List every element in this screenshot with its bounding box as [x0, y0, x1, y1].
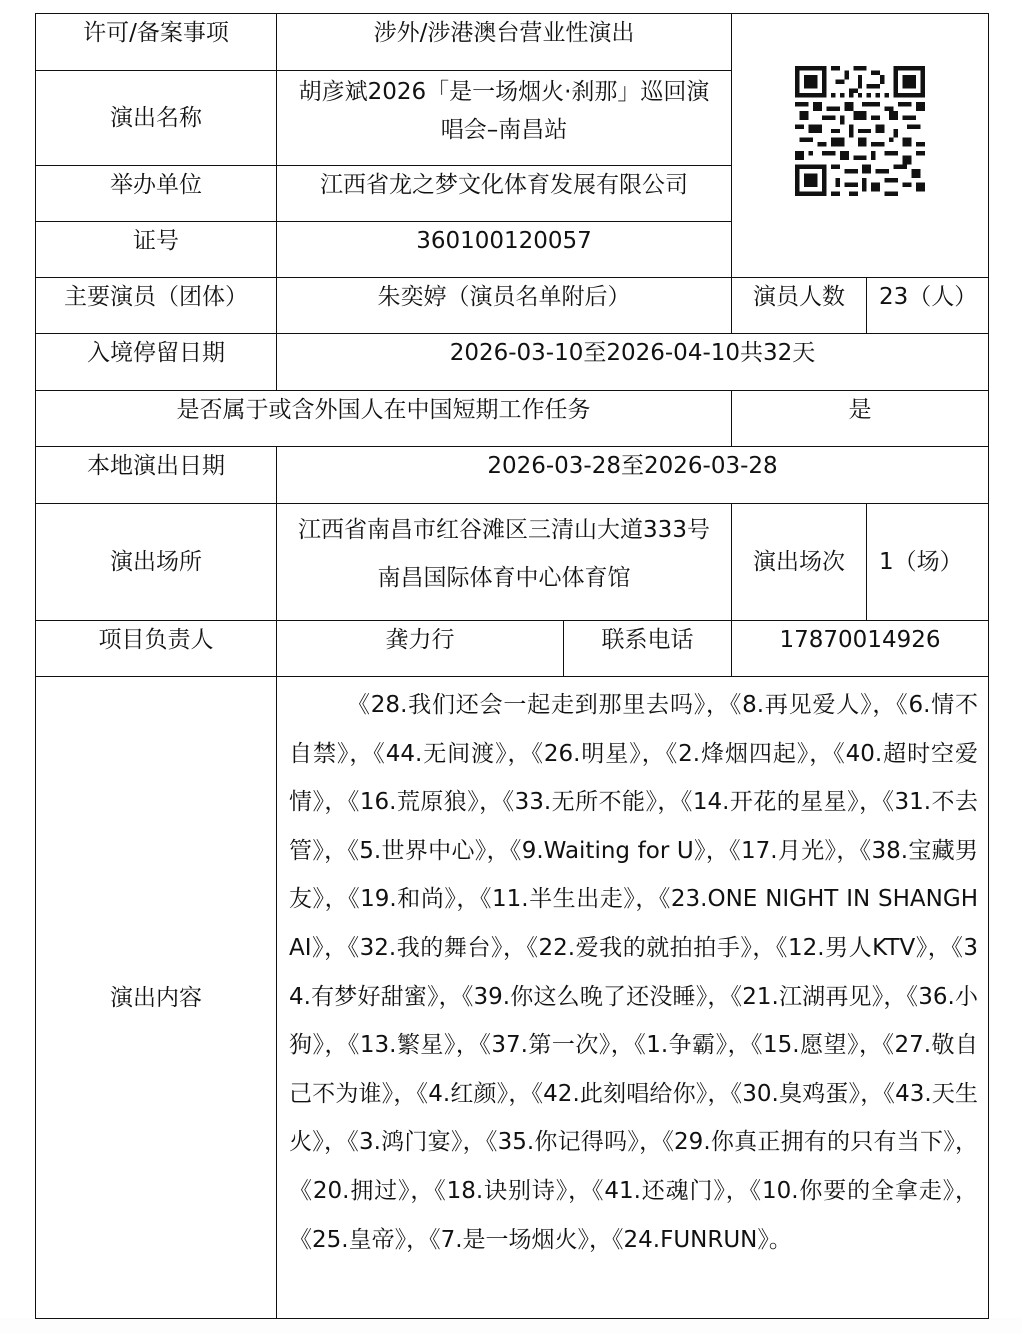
- value-license-no: 360100120057: [277, 222, 732, 278]
- row-permit-type: 许可/备案事项 涉外/涉港澳台营业性演出: [36, 14, 989, 71]
- value-foreign-short-term: 是: [732, 391, 989, 447]
- label-performer-count: 演员人数: [732, 278, 867, 334]
- label-permit-type: 许可/备案事项: [36, 14, 277, 71]
- setlist-text: 《28.我们还会一起走到那里去吗》，《8.再见爱人》，《6.情不自禁》，《44.…: [277, 677, 988, 1264]
- value-venue: 江西省南昌市红谷滩区三清山大道333号南昌国际体育中心体育馆: [277, 504, 732, 621]
- label-project-lead: 项目负责人: [36, 621, 277, 677]
- label-venue: 演出场所: [36, 504, 277, 621]
- qr-code-cell: [732, 14, 989, 278]
- label-license-no: 证号: [36, 222, 277, 278]
- label-content: 演出内容: [36, 677, 277, 1319]
- label-organizer: 举办单位: [36, 166, 277, 222]
- qr-code-icon[interactable]: [795, 66, 925, 196]
- value-permit-type: 涉外/涉港澳台营业性演出: [277, 14, 732, 71]
- row-venue: 演出场所 江西省南昌市红谷滩区三清山大道333号南昌国际体育中心体育馆 演出场次…: [36, 504, 989, 621]
- row-main-performer: 主要演员（团体） 朱奕婷（演员名单附后） 演员人数 23（人）: [36, 278, 989, 334]
- value-organizer: 江西省龙之梦文化体育发展有限公司: [277, 166, 732, 222]
- row-entry-stay-dates: 入境停留日期 2026-03-10至2026-04-10共32天: [36, 334, 989, 391]
- row-content: 演出内容 《28.我们还会一起走到那里去吗》，《8.再见爱人》，《6.情不自禁》…: [36, 677, 989, 1319]
- label-local-show-dates: 本地演出日期: [36, 447, 277, 504]
- value-local-show-dates: 2026-03-28至2026-03-28: [277, 447, 989, 504]
- value-phone: 17870014926: [732, 621, 989, 677]
- value-project-lead: 龚力行: [277, 621, 564, 677]
- value-content: 《28.我们还会一起走到那里去吗》，《8.再见爱人》，《6.情不自禁》，《44.…: [277, 677, 989, 1319]
- label-entry-stay-dates: 入境停留日期: [36, 334, 277, 391]
- label-main-performer: 主要演员（团体）: [36, 278, 277, 334]
- value-performer-count: 23（人）: [867, 278, 989, 334]
- label-foreign-short-term: 是否属于或含外国人在中国短期工作任务: [36, 391, 732, 447]
- row-local-show-dates: 本地演出日期 2026-03-28至2026-03-28: [36, 447, 989, 504]
- label-phone: 联系电话: [564, 621, 732, 677]
- value-entry-stay-dates: 2026-03-10至2026-04-10共32天: [277, 334, 989, 391]
- value-sessions: 1（场）: [867, 504, 989, 621]
- permit-info-table: 许可/备案事项 涉外/涉港澳台营业性演出: [35, 13, 989, 1319]
- row-project-lead: 项目负责人 龚力行 联系电话 17870014926: [36, 621, 989, 677]
- value-show-name: 胡彦斌2026「是一场烟火·刹那」巡回演唱会–南昌站: [277, 71, 732, 166]
- label-show-name: 演出名称: [36, 71, 277, 166]
- row-foreign-short-term: 是否属于或含外国人在中国短期工作任务 是: [36, 391, 989, 447]
- value-main-performer: 朱奕婷（演员名单附后）: [277, 278, 732, 334]
- label-sessions: 演出场次: [732, 504, 867, 621]
